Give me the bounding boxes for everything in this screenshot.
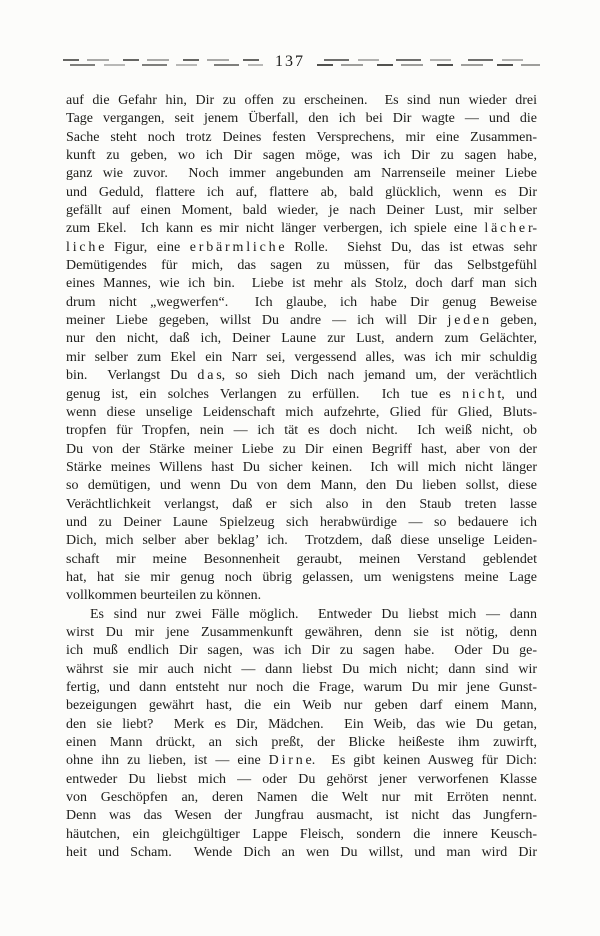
text-line: ohne ihn zu lieben, ist — eine D i r n e… [66, 752, 537, 770]
header-rule-right-top [317, 59, 540, 61]
text-line: ich muß endlich Dir sagen, was ich Dir z… [66, 642, 537, 660]
text-line: Dich, mich selber aber beklag’ ich. Trot… [66, 532, 537, 550]
text-line: bin. Verlangst Du d a s, so sieh Dich na… [66, 367, 537, 385]
text-line: zum Ekel. Ich kann es mir nicht länger v… [66, 220, 537, 238]
text-line: hat, hat sie mir genug noch übrig gelass… [66, 569, 537, 587]
text-line: und zu Deiner Laune Spielzeug sich herab… [66, 514, 537, 532]
page-number: 137 [263, 53, 317, 71]
text-line: fertig, und dann entsteht nur noch die F… [66, 679, 537, 697]
text-line: kunft zu geben, wo ich Dir sagen möge, w… [66, 147, 537, 165]
text-line: vollkommen beurteilen zu können. [66, 587, 537, 605]
header-rule-right-bottom [317, 64, 540, 66]
text-line: den sie liebt? Merk es Dir, Mädchen. Ein… [66, 716, 537, 734]
text-line: auf die Gefahr hin, Dir zu offen zu ersc… [66, 92, 537, 110]
text-line: Sache steht noch trotz Deines festen Ver… [66, 129, 537, 147]
header-rule-left-top [63, 59, 263, 61]
text-line: einen Mann drückt, an sich preßt, der Bl… [66, 734, 537, 752]
text-line: ganz wie zuvor. Noch immer angebunden am… [66, 165, 537, 183]
text-line: währst sie mir auch nicht — dann liebst … [66, 661, 537, 679]
text-line: l i c h e Figur, eine e r b ä r m l i c … [66, 239, 537, 257]
book-page: 137 auf die Gefahr hin, Dir zu offen zu … [0, 0, 600, 936]
text-line: und Geduld, flattere ich auf, flattere a… [66, 184, 537, 202]
text-line: gefällt auf einen Moment, bald wieder, j… [66, 202, 537, 220]
text-line: Stärke meines Willens hast Du sicher kei… [66, 459, 537, 477]
text-line: schaft mir meine Besonnenheit geraubt, m… [66, 551, 537, 569]
header-rule-right [317, 59, 540, 66]
text-line: Denn was das Wesen der Jungfrau ausmacht… [66, 807, 537, 825]
text-line: Demütigendes für mich, das sagen zu müss… [66, 257, 537, 275]
text-line: so demütigen, und wenn Du von dem Mann, … [66, 477, 537, 495]
text-line: von Geschöpfen an, deren Namen die Welt … [66, 789, 537, 807]
text-line: drum nicht „wegwerfen“. Ich glaube, ich … [66, 294, 537, 312]
text-line: Verächtlichkeit verlangst, daß er sich a… [66, 496, 537, 514]
text-line: mir selber zum Ekel ein Narr sei, verges… [66, 349, 537, 367]
text-line: genug ist, ein solches Verlangen zu erfü… [66, 386, 537, 404]
text-body: auf die Gefahr hin, Dir zu offen zu ersc… [66, 92, 537, 862]
text-line: häutchen, ein gleichgültiger Lappe Fleis… [66, 826, 537, 844]
page-header: 137 [63, 53, 540, 71]
text-line: Tage vergangen, seit jenem Überfall, den… [66, 110, 537, 128]
text-line: wenn diese unselige Leidenschaft mich au… [66, 404, 537, 422]
text-line: heit und Scham. Wende Dich an wen Du wil… [66, 844, 537, 862]
text-line: nur den nicht, daß ich, Deiner Laune zur… [66, 330, 537, 348]
text-line: entweder Du liebst mich — oder Du gehörs… [66, 771, 537, 789]
text-line: wirst Du mir jene Zusammenkunft gewähren… [66, 624, 537, 642]
text-line: Es sind nur zwei Fälle möglich. Entweder… [66, 606, 537, 624]
header-rule-left-bottom [63, 64, 263, 66]
text-line: bezeigungen gewährt hast, die ein Weib n… [66, 697, 537, 715]
text-line: tropfen für Tropfen, nein — ich tät es d… [66, 422, 537, 440]
text-line: Du von der Stärke meiner Liebe zu Dir ei… [66, 441, 537, 459]
text-line: meiner Liebe gegeben, willst Du andre — … [66, 312, 537, 330]
header-rule-left [63, 59, 263, 66]
text-line: eines Mannes, wie ich bin. Liebe ist meh… [66, 275, 537, 293]
